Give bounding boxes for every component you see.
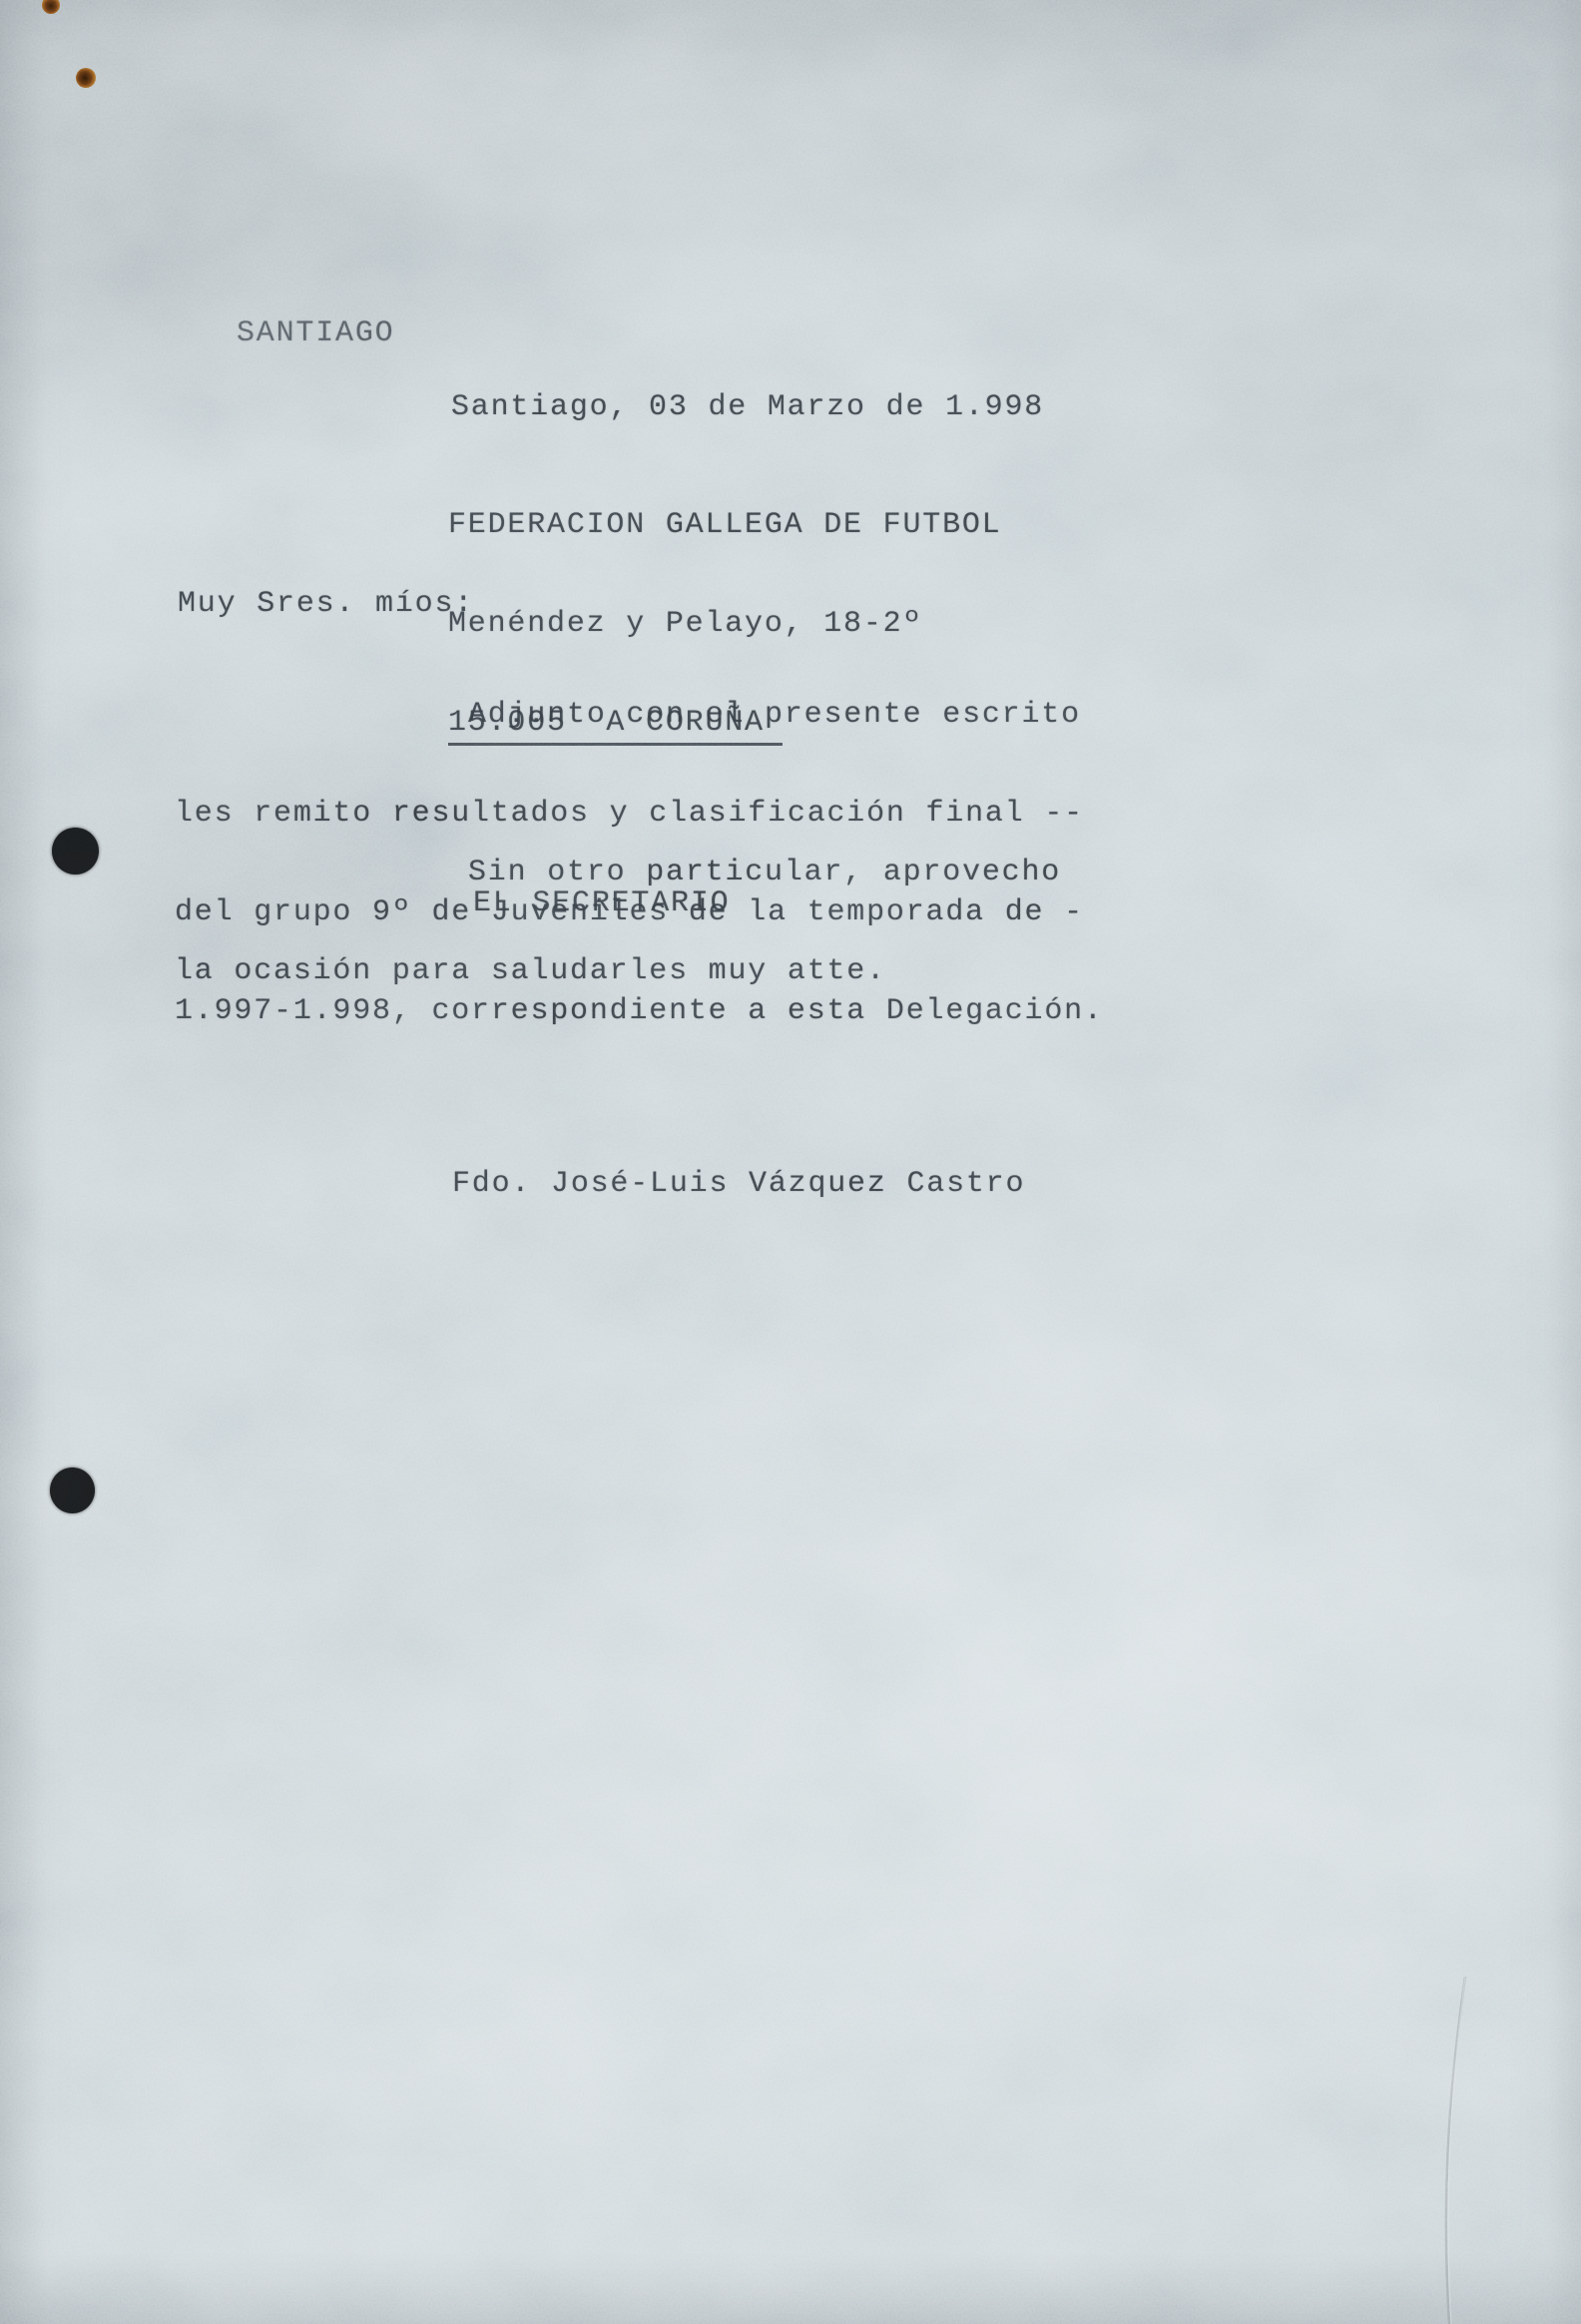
hole-punch-bottom [50, 1467, 95, 1513]
staple-rust-mark-2 [76, 68, 96, 88]
hole-punch-top [52, 828, 99, 874]
body-line: Adjunto con el presente escrito [468, 699, 1104, 732]
staple-rust-mark-1 [42, 0, 60, 14]
body-paragraph-2: Sin otro particular, aprovecho la ocasió… [175, 791, 1061, 1054]
closing-title: EL SECRETARIO [473, 887, 730, 920]
office-line: SANTIAGO [237, 317, 394, 350]
body-line: Sin otro particular, aprovecho [468, 857, 1061, 889]
salutation: Muy Sres. míos: [178, 588, 474, 621]
recipient-org: FEDERACION GALLEGA DE FUTBOL [448, 509, 1001, 542]
date-line: Santiago, 03 de Marzo de 1.998 [451, 391, 1044, 424]
scanned-letter-page: SANTIAGO Santiago, 03 de Marzo de 1.998 … [0, 0, 1581, 2324]
body-line: la ocasión para saludarles muy atte. [175, 955, 1061, 988]
signature-line: Fdo. José-Luis Vázquez Castro [452, 1168, 1025, 1201]
